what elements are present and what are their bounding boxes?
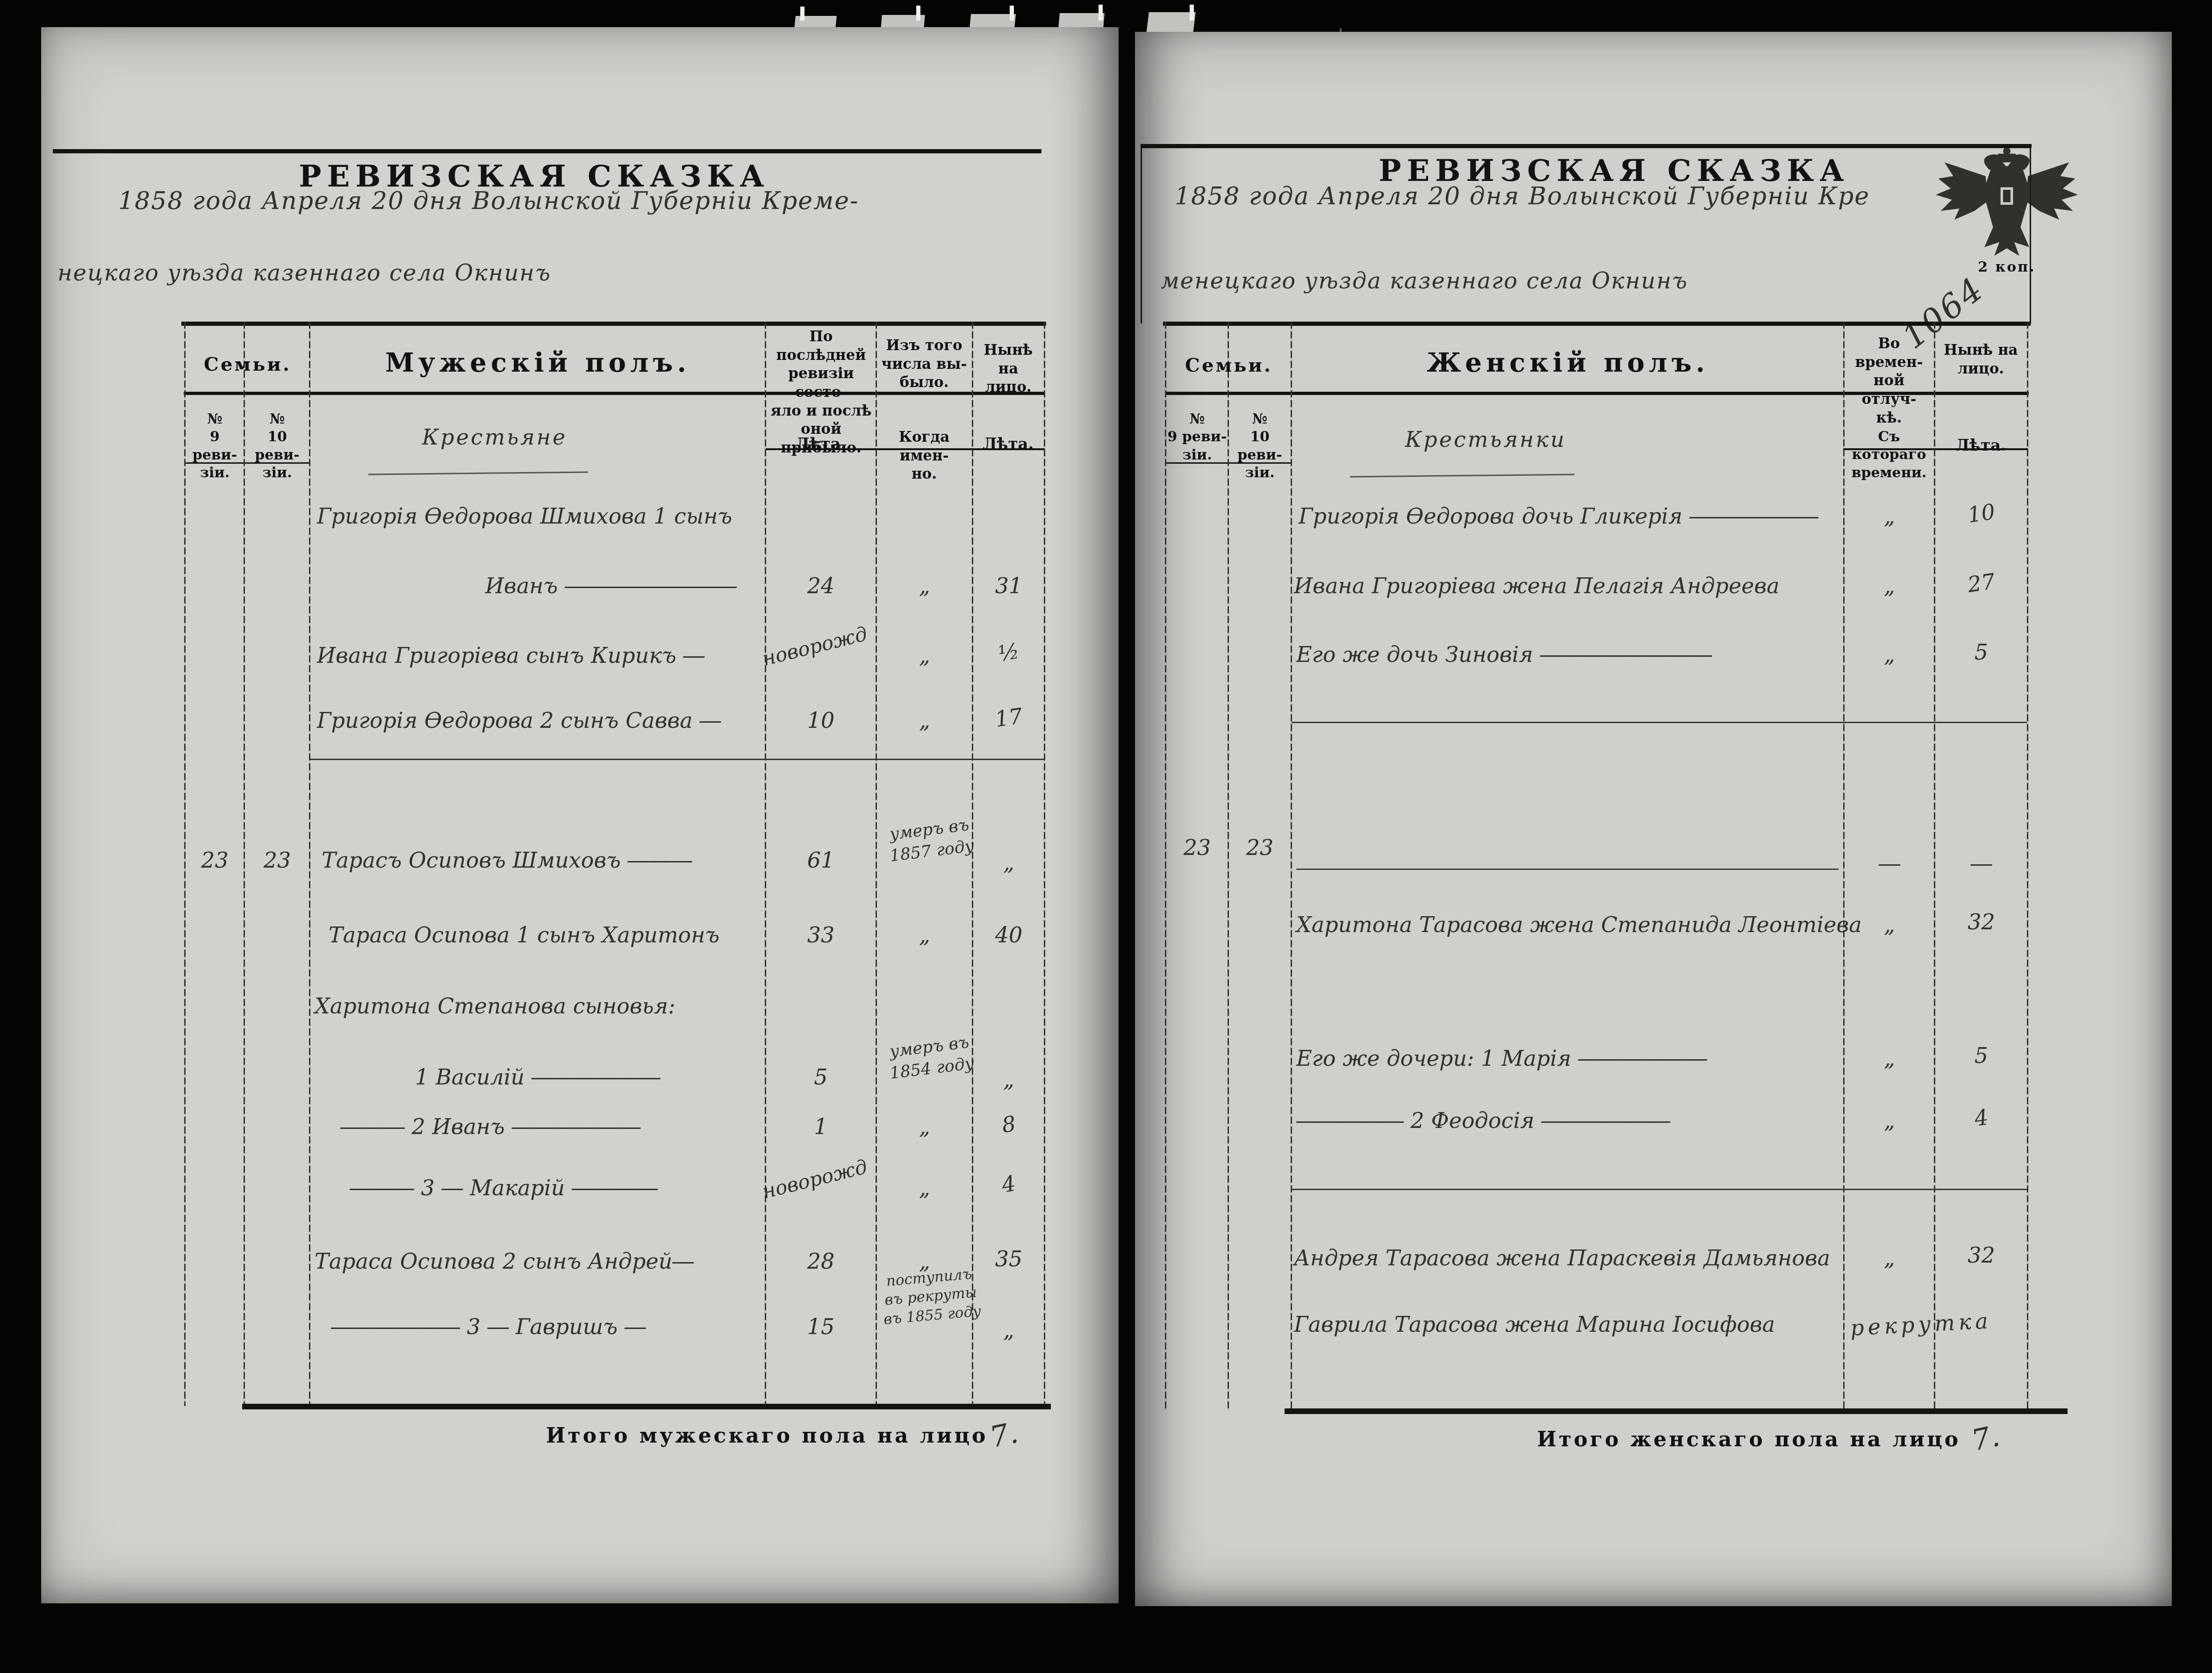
col-rev9: № 9 реви- зіи.: [1167, 410, 1228, 464]
female-row-name: Андрея Тарасова жена Параскевія Дамьянов…: [1294, 1245, 1830, 1271]
blank-entry-line: [1296, 869, 1839, 870]
male-row-age-last: 28: [765, 1249, 877, 1274]
female-row-age: 5: [1936, 1043, 2027, 1068]
col-years-b: Лѣта.: [973, 435, 1044, 453]
male-row-name: Иванъ ――――――――: [485, 573, 737, 598]
col-since: Съ котораго времени.: [1844, 428, 1934, 482]
header-rule: [53, 149, 1041, 153]
male-row-when: „: [878, 922, 971, 948]
female-row-age: 10: [1934, 495, 2028, 532]
male-row-name: Харитона Степанова сыновья:: [315, 993, 675, 1019]
column-rule: [1291, 322, 1292, 1411]
column-rule: [309, 322, 310, 1406]
male-row-when: „: [878, 643, 971, 668]
family-separator-rule: [1292, 722, 2027, 723]
male-row-name: Тарасъ Осиповъ Шмиховъ ―――: [322, 847, 692, 873]
male-row-age-now: 4: [972, 1165, 1045, 1202]
male-row-age-now: ½: [972, 633, 1045, 670]
col-departed: Изъ того числа вы- было.: [877, 337, 971, 392]
male-row-name: 1 Василій ――――――: [415, 1064, 661, 1090]
female-row-since: „: [1845, 642, 1934, 667]
male-row-name: Григорія Ѳедорова Шмихова 1 сынъ: [317, 503, 732, 529]
male-row-when: „: [878, 1114, 971, 1139]
female-row-family9: 23: [1167, 835, 1228, 860]
col-years: Лѣта.: [1935, 436, 2027, 455]
table-header-rule: [184, 392, 1045, 395]
female-row-age: 32: [1936, 1242, 2027, 1268]
footer-rule: [242, 1404, 1051, 1409]
imperial-eagle-stamp-icon: [1930, 145, 2084, 257]
male-row-name: Тараса Осипова 2 сынъ Андрей―: [315, 1249, 694, 1274]
col-family: Семьи.: [185, 353, 310, 375]
col-absence: Во времен- ной отлуч- кѣ.: [1844, 335, 1934, 427]
male-row-name: ――― 3 ― Макарій ――――: [350, 1175, 658, 1200]
header-rule: [1141, 144, 2032, 148]
male-row-age-last: 1: [765, 1114, 877, 1139]
female-row-since: „: [1845, 503, 1934, 529]
scan-artifact-tick: [1099, 5, 1103, 21]
female-row-since: „: [1845, 1108, 1934, 1133]
female-row-name: Его же дочь Зиновія ――――――――: [1296, 642, 1712, 667]
col-now-present: Нынѣ на лицо.: [1935, 341, 2027, 378]
male-row-when-note: умеръ въ 1854 году: [875, 1030, 986, 1085]
column-rule: [972, 322, 973, 1406]
header-side-rule: [1141, 146, 1142, 323]
female-row-name: Его же дочери: 1 Марія ――――――: [1296, 1046, 1707, 1071]
revision-list-right-page: РЕВИЗСКАЯ СКАЗКА 1858 года Апреля 20 дня…: [1135, 32, 2172, 1606]
column-rule: [1165, 322, 1166, 1411]
female-row-name: Харитона Тарасова жена Степанида Леонтіе…: [1296, 912, 1862, 937]
stamp-denomination: 2 коп.: [1930, 259, 2084, 275]
table-top-rule: [181, 322, 1046, 326]
table-top-rule: [1163, 322, 2031, 326]
col-rev9: № 9 реви- зіи.: [186, 410, 244, 482]
male-row-age-now: 8: [972, 1107, 1045, 1142]
male-row-age-now: „: [974, 1317, 1044, 1343]
female-row-family10: 23: [1229, 835, 1290, 860]
female-row-name: ――――― 2 Феодосія ――――――: [1296, 1108, 1670, 1133]
female-row-note: рекрутка: [1850, 1308, 1992, 1341]
male-row-name: Григорія Ѳедорова 2 сынъ Савва ―: [317, 708, 721, 733]
estate-handwritten: Крестьяне: [331, 424, 658, 450]
place-line-handwritten: менецкаго уѣзда казеннаго села Окнинъ: [1161, 268, 1688, 294]
column-rule: [1843, 322, 1845, 1411]
male-row-when: „: [878, 708, 971, 733]
male-row-name: Ивана Григоріева сынъ Кирикъ ―: [317, 643, 704, 668]
male-row-when-note: умеръ въ 1857 году: [875, 813, 986, 868]
column-rule: [184, 322, 186, 1406]
col-now-present: Нынѣ на лицо.: [973, 341, 1044, 397]
col-rev10: № 10 реви- зіи.: [1229, 410, 1290, 482]
male-row-when: „: [878, 1175, 971, 1200]
scan-artifact-tick: [1010, 6, 1014, 21]
column-rule: [1228, 322, 1229, 1411]
female-row-age: 32: [1936, 909, 2027, 934]
female-row-age: ―: [1936, 851, 2027, 876]
column-rule: [244, 322, 245, 1406]
male-row-age-now: 35: [974, 1246, 1044, 1271]
revision-list-left-page: РЕВИЗСКАЯ СКАЗКА 1858 года Апреля 20 дня…: [41, 27, 1119, 1603]
male-row-age-last: 33: [765, 922, 877, 948]
female-row-name: Ивана Григоріева жена Пелагія Андреева: [1294, 573, 1780, 598]
female-row-age: 4: [1934, 1099, 2028, 1137]
footer-rule: [1285, 1408, 2068, 1414]
male-row-family9: 23: [186, 847, 244, 873]
imperial-eagle-stamp: [1930, 145, 2084, 257]
col-rev10: № 10 реви- зіи.: [245, 410, 309, 482]
scan-artifact-tick: [916, 6, 920, 21]
male-row-family10: 23: [245, 847, 309, 873]
col-family: Семьи.: [1166, 354, 1292, 376]
col-female-sex: Женскій полъ.: [1292, 347, 1844, 378]
female-total-label: Итого женскаго пола на лицо: [1537, 1428, 1948, 1451]
male-row-age-now: „: [974, 1067, 1044, 1092]
male-row-age-now: 40: [974, 922, 1044, 948]
scan-artifact-tick: [800, 7, 804, 21]
male-row-when-note: поступилъ въ рекруты въ 1855 году: [875, 1264, 987, 1329]
place-line-handwritten: нецкаго уѣзда казеннаго села Окнинъ: [57, 260, 551, 286]
male-row-name: ――― 2 Иванъ ――――――: [340, 1114, 640, 1139]
male-total-value: 7.: [987, 1415, 1021, 1455]
female-row-since: „: [1845, 1046, 1934, 1071]
col-male-sex: Мужескій полъ.: [310, 347, 766, 378]
handwritten-underline: [1350, 474, 1574, 477]
female-row-since: „: [1845, 1245, 1934, 1271]
female-row-name: Григорія Ѳедорова дочь Гликерія ――――――: [1299, 503, 1818, 529]
male-row-age-last: 24: [765, 573, 877, 598]
column-rule: [2027, 322, 2028, 1411]
male-row-when: „: [878, 573, 971, 598]
male-row-age-last: 10: [765, 708, 877, 733]
male-row-age-now: 17: [972, 700, 1045, 735]
female-row-age: 27: [1934, 564, 2028, 602]
estate-handwritten: Крестьянки: [1322, 427, 1649, 452]
date-line-handwritten: 1858 года Апреля 20 дня Волынской Губерн…: [1175, 182, 1870, 210]
female-row-name: Гаврила Тарасова жена Марина Іосифова: [1294, 1312, 1775, 1337]
male-total-label: Итого мужескаго пола на лицо: [546, 1424, 976, 1448]
column-rule: [1044, 322, 1045, 1406]
male-row-age-last: 61: [765, 847, 877, 873]
male-row-name: ―――――― 3 ― Гавришъ ―: [331, 1314, 646, 1339]
female-row-age: 5: [1936, 639, 2027, 665]
col-when: Когда имен- но.: [877, 428, 971, 484]
family-separator-rule: [1292, 1189, 2027, 1190]
family-separator-rule: [310, 759, 1045, 760]
col-years-a: Лѣта.: [765, 435, 877, 453]
female-row-since: „: [1845, 912, 1934, 937]
male-row-name: Тараса Осипова 1 сынъ Харитонъ: [329, 922, 719, 948]
male-row-age-now: 31: [974, 573, 1044, 598]
scan-artifact-tab: [1146, 12, 1196, 34]
scan-artifact-tick: [1190, 5, 1194, 21]
male-row-age-last: 15: [765, 1314, 877, 1339]
column-rule: [1934, 322, 1935, 1411]
female-total-value: 7.: [1968, 1419, 2003, 1458]
handwritten-underline: [368, 472, 588, 475]
male-row-age-now: „: [974, 850, 1044, 875]
female-row-since: ―: [1845, 851, 1934, 876]
date-line-handwritten: 1858 года Апреля 20 дня Волынской Губерн…: [118, 187, 859, 215]
female-row-since: „: [1845, 573, 1934, 598]
male-row-age-last: 5: [765, 1064, 877, 1090]
